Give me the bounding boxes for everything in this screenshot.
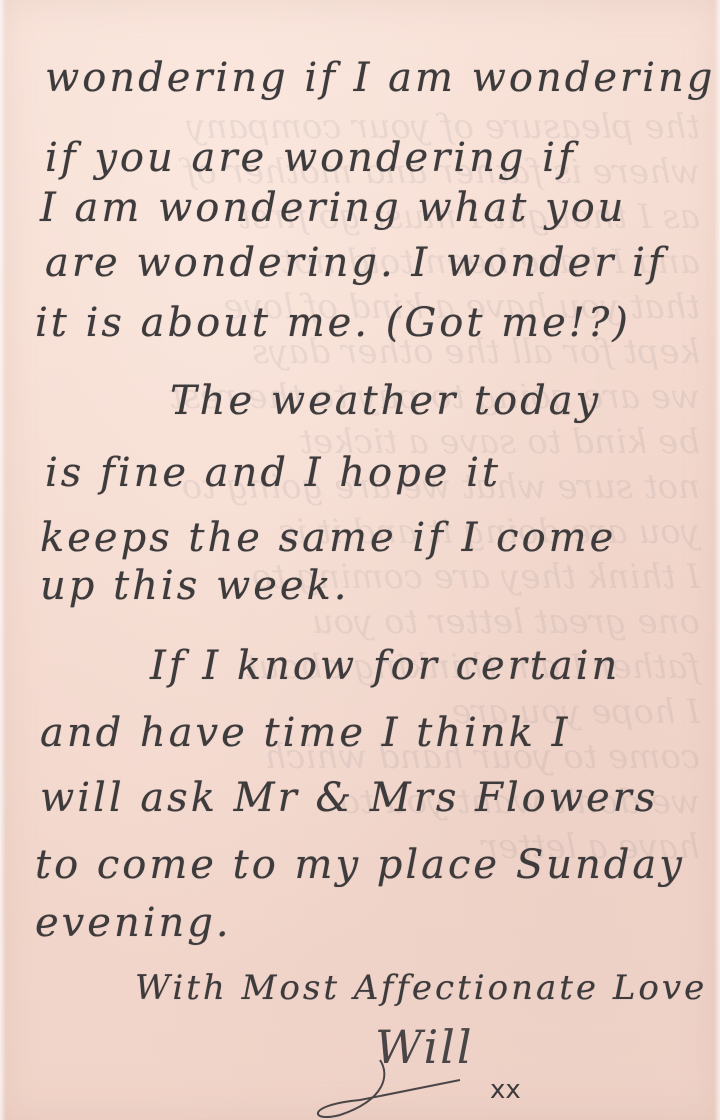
letter-line-3: I am wondering what you — [40, 185, 626, 231]
letter-line-5: it is about me. (Got me!?) — [35, 300, 631, 346]
kisses-marks: xx — [490, 1075, 521, 1105]
letter-line-10: If I know for certain — [150, 643, 620, 689]
letter-line-9: up this week. — [40, 563, 350, 609]
paper-edge-right — [714, 0, 720, 1120]
letter-line-7: is fine and I hope it — [45, 450, 501, 496]
letter-line-2: if you are wondering if — [45, 135, 576, 181]
letter-line-12: will ask Mr & Mrs Flowers — [40, 775, 658, 821]
letter-line-14: evening. — [35, 900, 232, 946]
paper-edge-left — [0, 0, 6, 1120]
letter-line-8: keeps the same if I come — [40, 515, 616, 561]
letter-line-6: The weather today — [170, 378, 601, 424]
letter-line-13: to come to my place Sunday — [35, 842, 685, 888]
letter-line-1: wondering if I am wondering — [45, 55, 715, 101]
closing-line: With Most Affectionate Love — [135, 968, 707, 1008]
letter-line-11: and have time I think I — [40, 710, 570, 756]
letter-page: the pleasure of your company where is fa… — [0, 0, 720, 1120]
letter-line-4: are wondering. I wonder if — [45, 240, 666, 286]
signature-flourish-icon — [300, 1055, 480, 1120]
